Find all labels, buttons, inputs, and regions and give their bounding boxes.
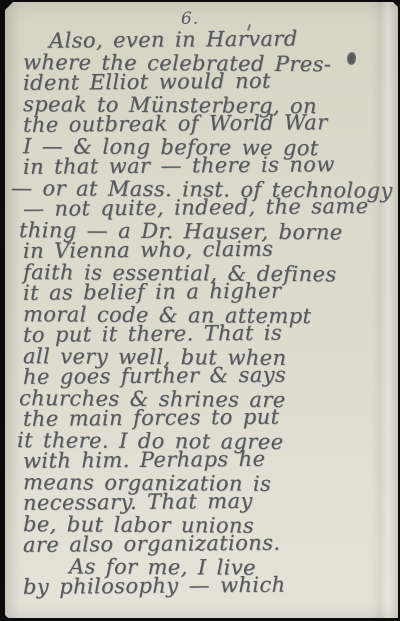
scan-edge-corner-top-left: [0, 0, 15, 15]
handwritten-line: Also, even in Harvard: [11, 28, 398, 52]
handwritten-line: ident Elliot would not: [11, 70, 398, 94]
handwritten-line: it as belief in a higher: [11, 280, 398, 304]
handwritten-line: are also organizations.: [11, 532, 398, 556]
handwritten-line: with him. Perhaps he: [11, 448, 398, 472]
handwritten-line: in that war — there is now: [11, 154, 398, 178]
letter-paper: 6. Also, even in Harvardwhere the celebr…: [5, 2, 398, 618]
handwritten-line: by philosophy — which: [11, 574, 398, 598]
handwritten-line: necessary. That may: [11, 490, 398, 514]
handwritten-line: in Vienna who, claims: [11, 238, 398, 262]
scan-edge-corner-top-right: [391, 0, 400, 9]
handwritten-line: — not quite, indeed, the same: [11, 196, 398, 220]
handwritten-line: he goes further & says: [11, 364, 398, 388]
handwritten-line: the main forces to put: [11, 406, 398, 430]
scan-edge-corner-bottom-left: [0, 610, 11, 621]
handwritten-line: the outbreak of World War: [11, 112, 398, 136]
scanned-letter-page: 6. Also, even in Harvardwhere the celebr…: [0, 0, 400, 621]
handwritten-line: to put it there. That is: [11, 322, 398, 346]
letter-body: Also, even in Harvardwhere the celebrate…: [5, 31, 398, 598]
